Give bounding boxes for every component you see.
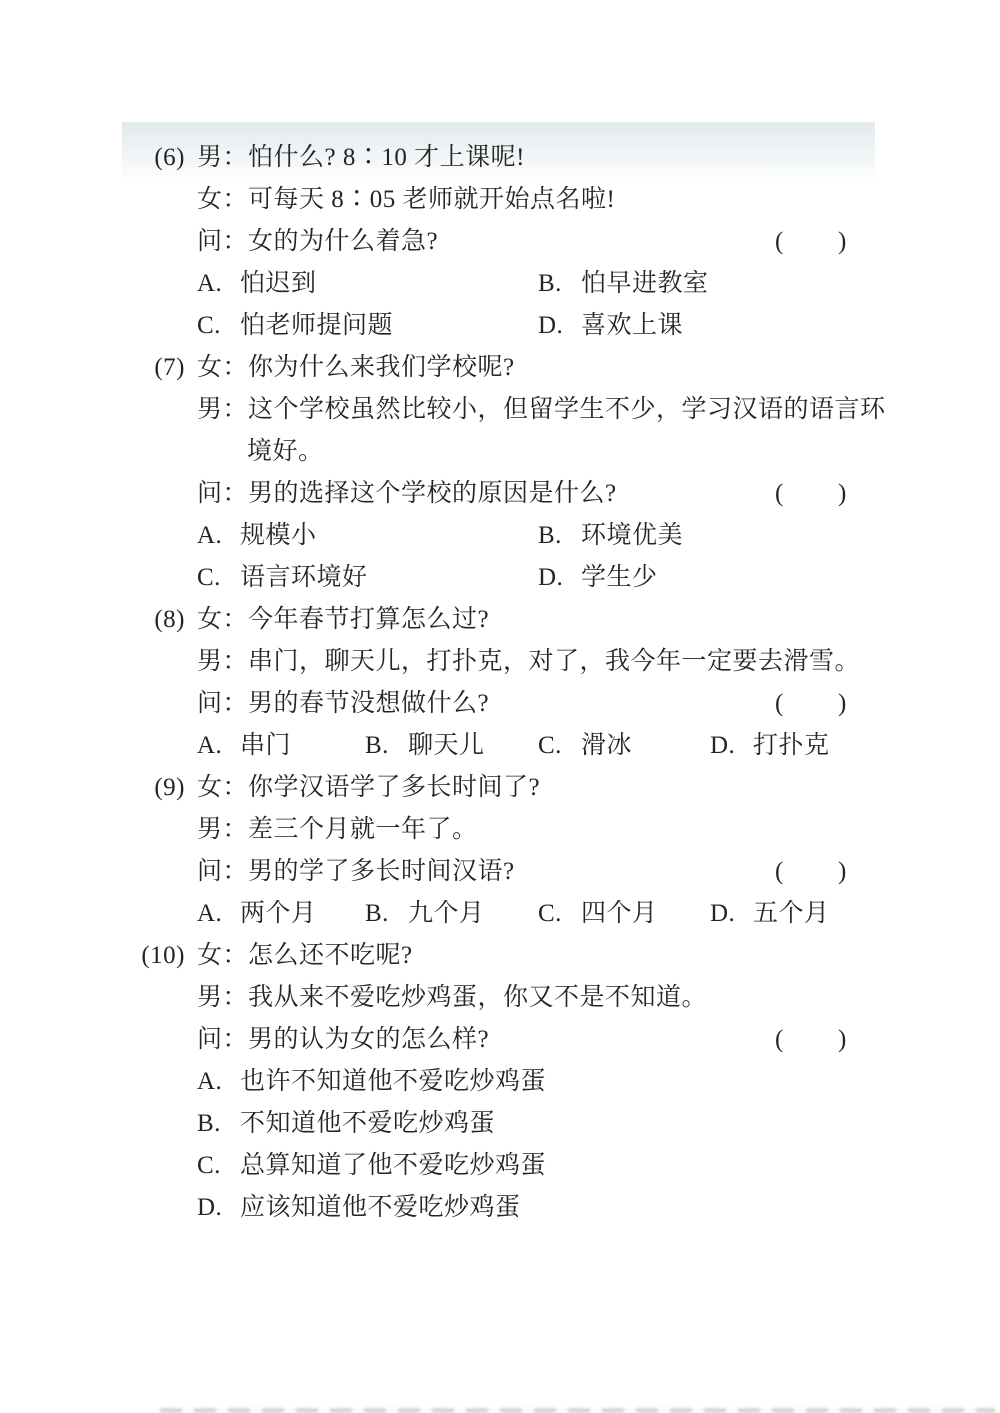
option-label: A. (197, 893, 240, 935)
question-text: 男的春节没想做什么? (248, 690, 489, 717)
option-text: 打扑克 (753, 732, 830, 759)
answer-option: D.打扑克 (710, 725, 830, 767)
option-text: 滑冰 (581, 732, 632, 759)
answer-bracket-open: ( (775, 473, 784, 515)
option-text: 应该知道他不爱吃炒鸡蛋 (240, 1194, 521, 1221)
text-line: B.不知道他不爱吃炒鸡蛋 (0, 1103, 1000, 1145)
answer-option: A.两个月 (197, 893, 317, 935)
answer-option: B.环境优美 (538, 515, 683, 557)
option-text: 串门 (240, 732, 291, 759)
option-label: D. (538, 557, 581, 599)
text-line: (9)女：你学汉语学了多长时间了? (0, 767, 1000, 809)
answer-option: D.应该知道他不爱吃炒鸡蛋 (197, 1187, 521, 1229)
option-text: 两个月 (240, 900, 317, 927)
dialogue-text: 怕什么? 8∶10 才上课呢! (248, 144, 525, 171)
answer-option: C.语言环境好 (197, 557, 368, 599)
text-line: 女：可每天 8∶05 老师就开始点名啦! (0, 179, 1000, 221)
question-prompt-label: 问： (197, 480, 248, 507)
text-line: (7)女：你为什么来我们学校呢? (0, 347, 1000, 389)
option-label: A. (197, 725, 240, 767)
option-label: B. (365, 893, 408, 935)
answer-option: D.喜欢上课 (538, 305, 683, 347)
question-text: 男的学了多长时间汉语? (248, 858, 515, 885)
option-text: 喜欢上课 (581, 312, 683, 339)
answer-option: C.滑冰 (538, 725, 632, 767)
dialogue-text: 差三个月就一年了。 (248, 816, 478, 843)
option-label: B. (538, 515, 581, 557)
option-text: 语言环境好 (240, 564, 368, 591)
text-line: 问：男的学了多长时间汉语?() (0, 851, 1000, 893)
option-label: A. (197, 263, 240, 305)
option-text: 怕早进教室 (581, 270, 709, 297)
text-line: A.规模小B.环境优美 (0, 515, 1000, 557)
option-label: B. (365, 725, 408, 767)
answer-option: D.学生少 (538, 557, 658, 599)
question-number: (7) (104, 347, 190, 389)
answer-option: B.怕早进教室 (538, 263, 709, 305)
speaker-label: 男： (197, 984, 248, 1011)
text-line: C.怕老师提问题D.喜欢上课 (0, 305, 1000, 347)
question-prompt-label: 问： (197, 1026, 248, 1053)
text-line: C.总算知道了他不爱吃炒鸡蛋 (0, 1145, 1000, 1187)
text-line: (6)男：怕什么? 8∶10 才上课呢! (0, 137, 1000, 179)
option-label: C. (197, 1145, 240, 1187)
dialogue-text: 你为什么来我们学校呢? (248, 354, 515, 381)
question-number: (9) (104, 767, 190, 809)
option-text: 也许不知道他不爱吃炒鸡蛋 (240, 1068, 546, 1095)
option-label: D. (710, 725, 753, 767)
answer-option: A.规模小 (197, 515, 317, 557)
speaker-label: 女： (197, 942, 248, 969)
text-line: 男：我从来不爱吃炒鸡蛋，你又不是不知道。 (0, 977, 1000, 1019)
question-text: 男的选择这个学校的原因是什么? (248, 480, 617, 507)
option-text: 五个月 (753, 900, 830, 927)
text-line: A.也许不知道他不爱吃炒鸡蛋 (0, 1061, 1000, 1103)
answer-option: B.九个月 (365, 893, 485, 935)
answer-bracket-close: ) (838, 683, 847, 725)
dialogue-text: 我从来不爱吃炒鸡蛋，你又不是不知道。 (248, 984, 707, 1011)
answer-bracket-open: ( (775, 683, 784, 725)
option-label: B. (197, 1103, 240, 1145)
question-list: (6)男：怕什么? 8∶10 才上课呢!女：可每天 8∶05 老师就开始点名啦!… (0, 137, 1000, 1229)
dialogue-continuation-text: 境好。 (247, 438, 324, 465)
option-text: 总算知道了他不爱吃炒鸡蛋 (240, 1152, 546, 1179)
option-label: C. (538, 893, 581, 935)
text-line: 男：串门，聊天儿，打扑克，对了，我今年一定要去滑雪。 (0, 641, 1000, 683)
answer-bracket-close: ) (838, 1019, 847, 1061)
option-label: A. (197, 515, 240, 557)
text-line: (10)女：怎么还不吃呢? (0, 935, 1000, 977)
option-text: 怕迟到 (240, 270, 317, 297)
question-number: (10) (104, 935, 190, 977)
answer-bracket-close: ) (838, 221, 847, 263)
text-line: 问：女的为什么着急?() (0, 221, 1000, 263)
speaker-label: 男： (197, 396, 248, 423)
text-line: 问：男的选择这个学校的原因是什么?() (0, 473, 1000, 515)
question-number: (6) (104, 137, 190, 179)
dialogue-text: 今年春节打算怎么过? (248, 606, 489, 633)
text-line: 问：男的认为女的怎么样?() (0, 1019, 1000, 1061)
text-line: 境好。 (0, 431, 1000, 473)
speaker-label: 女： (197, 606, 248, 633)
text-line: A.串门B.聊天儿C.滑冰D.打扑克 (0, 725, 1000, 767)
option-text: 学生少 (581, 564, 658, 591)
option-text: 规模小 (240, 522, 317, 549)
dialogue-text: 怎么还不吃呢? (248, 942, 413, 969)
speaker-label: 男： (197, 144, 248, 171)
option-text: 聊天儿 (408, 732, 485, 759)
text-line: 男：这个学校虽然比较小，但留学生不少，学习汉语的语言环 (0, 389, 1000, 431)
option-text: 不知道他不爱吃炒鸡蛋 (240, 1110, 495, 1137)
answer-option: A.怕迟到 (197, 263, 317, 305)
dialogue-text: 串门，聊天儿，打扑克，对了，我今年一定要去滑雪。 (248, 648, 860, 675)
option-label: D. (710, 893, 753, 935)
speaker-label: 女： (197, 354, 248, 381)
option-label: C. (197, 557, 240, 599)
text-line: 男：差三个月就一年了。 (0, 809, 1000, 851)
text-line: A.两个月B.九个月C.四个月D.五个月 (0, 893, 1000, 935)
text-line: A.怕迟到B.怕早进教室 (0, 263, 1000, 305)
option-text: 环境优美 (581, 522, 683, 549)
question-text: 女的为什么着急? (248, 228, 438, 255)
answer-bracket-open: ( (775, 221, 784, 263)
answer-option: B.聊天儿 (365, 725, 485, 767)
option-text: 怕老师提问题 (240, 312, 393, 339)
question-prompt-label: 问： (197, 690, 248, 717)
option-label: C. (538, 725, 581, 767)
text-line: C.语言环境好D.学生少 (0, 557, 1000, 599)
text-line: (8)女：今年春节打算怎么过? (0, 599, 1000, 641)
question-prompt-label: 问： (197, 858, 248, 885)
speaker-label: 男： (197, 816, 248, 843)
answer-option: A.也许不知道他不爱吃炒鸡蛋 (197, 1061, 546, 1103)
answer-bracket-open: ( (775, 851, 784, 893)
dialogue-text: 你学汉语学了多长时间了? (248, 774, 540, 801)
option-label: D. (538, 305, 581, 347)
answer-option: D.五个月 (710, 893, 830, 935)
scan-bottom-cutoff-artifact (160, 1408, 995, 1413)
speaker-label: 女： (197, 186, 248, 213)
answer-bracket-close: ) (838, 473, 847, 515)
answer-option: A.串门 (197, 725, 291, 767)
text-line: 问：男的春节没想做什么?() (0, 683, 1000, 725)
option-label: B. (538, 263, 581, 305)
question-prompt-label: 问： (197, 228, 248, 255)
dialogue-text: 可每天 8∶05 老师就开始点名啦! (248, 186, 615, 213)
option-label: A. (197, 1061, 240, 1103)
option-label: C. (197, 305, 240, 347)
answer-option: C.四个月 (538, 893, 658, 935)
option-text: 四个月 (581, 900, 658, 927)
speaker-label: 男： (197, 648, 248, 675)
question-text: 男的认为女的怎么样? (248, 1026, 489, 1053)
answer-option: C.总算知道了他不爱吃炒鸡蛋 (197, 1145, 546, 1187)
answer-option: C.怕老师提问题 (197, 305, 393, 347)
speaker-label: 女： (197, 774, 248, 801)
answer-bracket-open: ( (775, 1019, 784, 1061)
answer-option: B.不知道他不爱吃炒鸡蛋 (197, 1103, 495, 1145)
option-label: D. (197, 1187, 240, 1229)
question-number: (8) (104, 599, 190, 641)
option-text: 九个月 (408, 900, 485, 927)
answer-bracket-close: ) (838, 851, 847, 893)
text-line: D.应该知道他不爱吃炒鸡蛋 (0, 1187, 1000, 1229)
dialogue-text: 这个学校虽然比较小，但留学生不少，学习汉语的语言环 (248, 396, 886, 423)
